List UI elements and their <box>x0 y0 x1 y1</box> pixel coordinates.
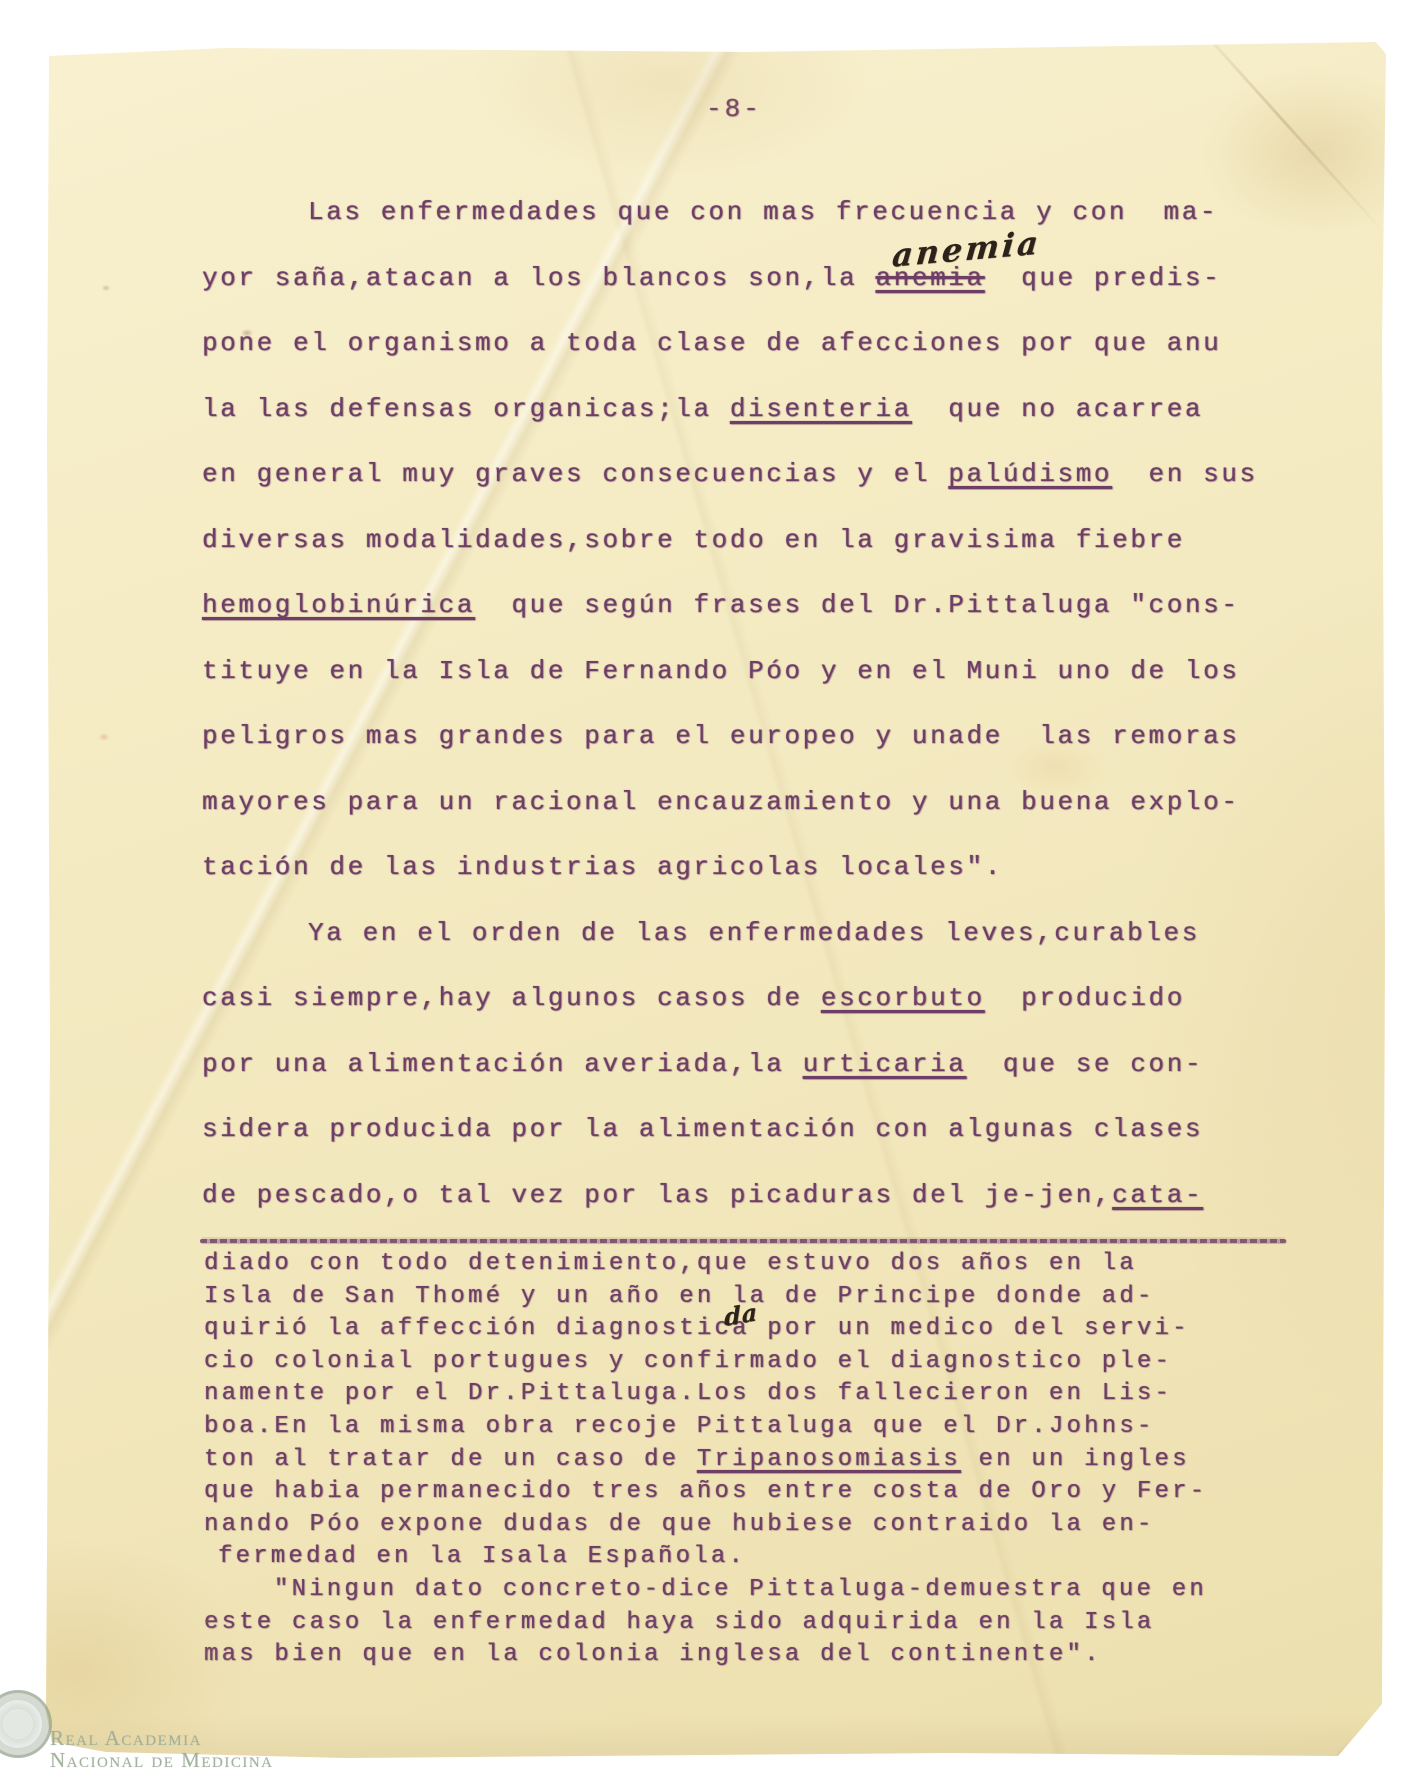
text-line: mayores para un racional encauzamiento y… <box>202 770 1292 836</box>
text-line: quirió la affección diagnosticada por un… <box>204 1313 1294 1346</box>
text-line: sidera producida por la alimentación con… <box>202 1097 1292 1163</box>
text-line: tación de las industrias agricolas local… <box>202 835 1292 901</box>
text-segment: que según frases del Dr.Pittaluga "cons- <box>475 590 1240 620</box>
text-line: cio colonial portugues y confirmado el d… <box>204 1346 1294 1379</box>
footnote-text: diado con todo detenimiento,que estuvo d… <box>204 1248 1294 1672</box>
watermark-seal-icon <box>0 1690 52 1758</box>
text-line: pone el organismo a toda clase de afecci… <box>202 311 1292 377</box>
emphasized-word: escorbuto <box>821 983 985 1013</box>
text-line: ton al tratar de un caso de Tripanosomia… <box>204 1444 1294 1477</box>
text-segment: en un ingles <box>961 1446 1190 1473</box>
text-segment: diversas modalidades,sobre todo en la gr… <box>202 525 1185 555</box>
text-segment: en sus <box>1112 459 1258 489</box>
footnote-separator-line <box>200 1239 1286 1243</box>
text-segment: Ya en el orden de las enfermedades leves… <box>308 918 1200 948</box>
text-line: por una alimentación averiada,la urticar… <box>202 1032 1292 1098</box>
handwritten-annotation: da <box>723 1296 758 1335</box>
emphasized-word: anemiaanemia <box>876 263 985 293</box>
text-line: nando Póo expone dudas de que hubiese co… <box>204 1509 1294 1542</box>
text-segment: por un medico del servi- <box>750 1315 1190 1342</box>
body-text: Las enfermedades que con mas frecuencia … <box>202 180 1292 1228</box>
text-line: este caso la enfermedad haya sido adquir… <box>204 1607 1294 1640</box>
emphasized-word: cata- <box>1112 1180 1203 1210</box>
text-segment: Las enfermedades que con mas frecuencia … <box>308 197 1218 227</box>
text-segment: que se con- <box>967 1049 1204 1079</box>
text-segment: por una alimentación averiada,la <box>202 1049 803 1079</box>
text-line: namente por el Dr.Pittaluga.Los dos fall… <box>204 1378 1294 1411</box>
text-segment: mayores para un racional encauzamiento y… <box>202 787 1240 817</box>
text-segment: ton al tratar de un caso de <box>204 1446 697 1473</box>
text-line: yor saña,atacan a los blancos son,la ane… <box>202 246 1292 312</box>
text-segment: diado con todo detenimiento,que estuvo d… <box>204 1250 1137 1277</box>
text-segment: tación de las industrias agricolas local… <box>202 852 1003 882</box>
text-line: Ya en el orden de las enfermedades leves… <box>202 901 1292 967</box>
emphasized-word: Tripanosomiasis <box>697 1446 961 1473</box>
text-line: mas bien que en la colonia inglesa del c… <box>204 1639 1294 1672</box>
text-line: en general muy graves consecuencias y el… <box>202 442 1292 508</box>
text-segment: "Ningun dato concreto-dice Pittaluga-dem… <box>274 1576 1207 1603</box>
text-line: la las defensas organicas;la disenteria … <box>202 377 1292 443</box>
emphasized-word: urticaria <box>803 1049 967 1079</box>
text-line: casi siempre,hay algunos casos de escorb… <box>202 966 1292 1032</box>
text-segment: mas bien que en la colonia inglesa del c… <box>204 1641 1102 1668</box>
text-segment: Isla de San Thomé y un año en la de Prin… <box>204 1283 1155 1310</box>
text-segment: casi siempre,hay algunos casos de <box>202 983 821 1013</box>
text-line: tituye en la Isla de Fernando Póo y en e… <box>202 639 1292 705</box>
text-segment: tituye en la Isla de Fernando Póo y en e… <box>202 656 1240 686</box>
text-line: de pescado,o tal vez por las picaduras d… <box>202 1163 1292 1229</box>
emphasized-word: hemoglobinúrica <box>202 590 475 620</box>
emphasized-word: palúdismo <box>948 459 1112 489</box>
text-segment: sidera producida por la alimentación con… <box>202 1114 1203 1144</box>
paper-sheet: -8- Las enfermedades que con mas frecuen… <box>46 42 1386 1758</box>
text-line: hemoglobinúrica que según frases del Dr.… <box>202 573 1292 639</box>
text-segment: namente por el Dr.Pittaluga.Los dos fall… <box>204 1380 1172 1407</box>
text-segment: quirió la affección diagnosticada <box>204 1315 750 1342</box>
text-line: que habia permanecido tres años entre co… <box>204 1476 1294 1509</box>
handwritten-annotation: anemia <box>889 210 1043 289</box>
text-segment: de pescado,o tal vez por las picaduras d… <box>202 1180 1112 1210</box>
text-segment: yor saña,atacan a los blancos son,la <box>202 263 876 293</box>
text-segment: cio colonial portugues y confirmado el d… <box>204 1348 1172 1375</box>
text-segment: en general muy graves consecuencias y el <box>202 459 948 489</box>
text-segment: fermedad en la Isala Española. <box>218 1543 746 1570</box>
text-line: Las enfermedades que con mas frecuencia … <box>202 180 1292 246</box>
text-line: boa.En la misma obra recoje Pittaluga qu… <box>204 1411 1294 1444</box>
text-segment: boa.En la misma obra recoje Pittaluga qu… <box>204 1413 1155 1440</box>
text-segment: peligros mas grandes para el europeo y u… <box>202 721 1240 751</box>
text-segment: nando Póo expone dudas de que hubiese co… <box>204 1511 1155 1538</box>
corner-fold <box>1340 1718 1386 1758</box>
page-number: -8- <box>706 94 762 124</box>
scanned-document-scene: { "document": { "page_number": "-8-", "l… <box>0 0 1402 1772</box>
text-segment: que no acarrea <box>912 394 1203 424</box>
text-segment: que habia permanecido tres años entre co… <box>204 1478 1207 1505</box>
text-line: diado con todo detenimiento,que estuvo d… <box>204 1248 1294 1281</box>
text-segment: este caso la enfermedad haya sido adquir… <box>204 1609 1155 1636</box>
text-line: fermedad en la Isala Española. <box>204 1541 1294 1574</box>
text-line: peligros mas grandes para el europeo y u… <box>202 704 1292 770</box>
text-segment: producido <box>985 983 1185 1013</box>
text-segment: pone el organismo a toda clase de afecci… <box>202 328 1221 358</box>
emphasized-word: disenteria <box>730 394 912 424</box>
text-line: "Ningun dato concreto-dice Pittaluga-dem… <box>204 1574 1294 1607</box>
text-segment: la las defensas organicas;la <box>202 394 730 424</box>
text-line: diversas modalidades,sobre todo en la gr… <box>202 508 1292 574</box>
